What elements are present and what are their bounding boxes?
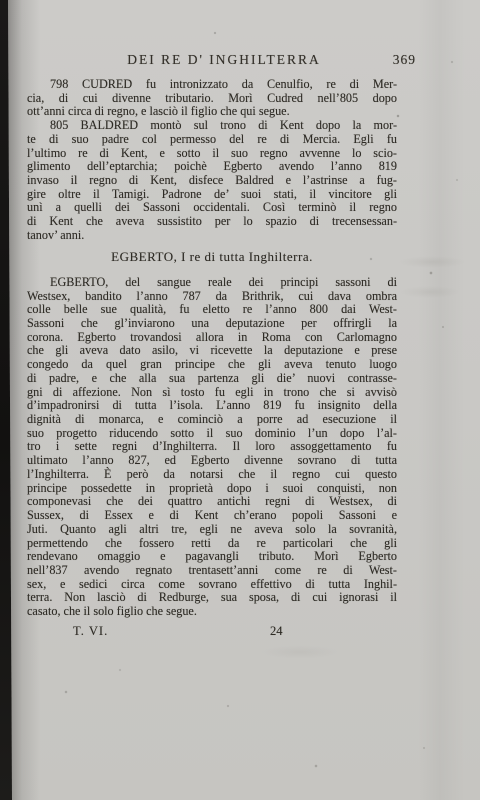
text-line: ultimato l’anno 827, ed Egberto divenne … bbox=[27, 454, 397, 468]
text-line: Westsex, bandito l’anno 787 da Brithrik,… bbox=[27, 290, 397, 304]
text-line: EGBERTO, del sangue reale dei principi s… bbox=[27, 276, 397, 290]
text-line: ott’anni circa di regno, e lasciò il fig… bbox=[27, 105, 397, 119]
scanned-book-page: DEI RE D' INGHILTERRA 369 798 CUDRED fu … bbox=[0, 0, 480, 800]
text-line: 805 BALDRED montò sul trono di Kent dopo… bbox=[27, 119, 397, 133]
text-line: corona. Egberto trovandosi allora in Rom… bbox=[27, 331, 397, 345]
text-line: l’Inghilterra. È però da notarsi che il … bbox=[27, 468, 397, 482]
text-line: l’ultimo re di Kent, e sotto il suo regn… bbox=[27, 147, 397, 161]
text-line: cia, di cui divenne tributario. Morì Cud… bbox=[27, 92, 397, 106]
text-line: terra. Non lasciò di Redburge, sua sposa… bbox=[27, 591, 397, 605]
text-line: tanov’ anni. bbox=[27, 229, 397, 243]
text-line: Juti. Quanto agli altri tre, egli ne ave… bbox=[27, 523, 397, 537]
page-header-title: DEI RE D' INGHILTERRA bbox=[127, 52, 321, 68]
text-block: 798 CUDRED fu intronizzato da Cenulfio, … bbox=[27, 78, 397, 619]
text-line: congedo da quel gran principe che gli av… bbox=[27, 358, 397, 372]
text-line: unì a quelli dei Sassoni occidentali. Co… bbox=[27, 201, 397, 215]
paragraph: EGBERTO, del sangue reale dei principi s… bbox=[27, 276, 397, 619]
text-line: Sussex, di Essex e di Kent ch’erano popo… bbox=[27, 509, 397, 523]
paragraph: 805 BALDRED montò sul trono di Kent dopo… bbox=[27, 119, 397, 242]
text-line: nell’837 avendo regnato trentasett’anni … bbox=[27, 564, 397, 578]
text-line: permettendo che fossero retti da re part… bbox=[27, 537, 397, 551]
text-line: invaso il regno di Kent, disfece Baldred… bbox=[27, 174, 397, 188]
text-line: di padre, e che alla sua partenza gli di… bbox=[27, 372, 397, 386]
text-line: glimento dell’eptarchia; poichè Egberto … bbox=[27, 160, 397, 174]
text-line: principe possedette in proprietà dopo i … bbox=[27, 482, 397, 496]
volume-label: T. VI. bbox=[73, 624, 108, 639]
text-line: colle belle sue qualità, fu eletto re l’… bbox=[27, 303, 397, 317]
text-line: Sassoni che gl’inviarono una deputazione… bbox=[27, 317, 397, 331]
text-line: casato, che il solo figlio che segue. bbox=[27, 605, 397, 619]
paper-sheet: DEI RE D' INGHILTERRA 369 798 CUDRED fu … bbox=[0, 0, 480, 800]
text-line: dignità di monarca, e cominciò a porre a… bbox=[27, 413, 397, 427]
text-line: gni di affezione. Non sì tosto fu egli i… bbox=[27, 386, 397, 400]
section-heading: EGBERTO, I re di tutta Inghilterra. bbox=[27, 250, 397, 264]
text-line: 798 CUDRED fu intronizzato da Cenulfio, … bbox=[27, 78, 397, 92]
paragraph: 798 CUDRED fu intronizzato da Cenulfio, … bbox=[27, 78, 397, 119]
running-head: DEI RE D' INGHILTERRA 369 bbox=[27, 52, 397, 68]
signature-mark: 24 bbox=[270, 624, 283, 639]
page-footer: T. VI. 24 bbox=[27, 624, 397, 640]
text-line: rendevano omaggio e pagavangli tributo. … bbox=[27, 550, 397, 564]
text-line: componevasi che dei quattro antichi regn… bbox=[27, 495, 397, 509]
text-line: suo progetto riducendo sotto il suo domi… bbox=[27, 427, 397, 441]
text-line: che gli aveva dato asilo, vi ricevette l… bbox=[27, 344, 397, 358]
text-line: d’impadronirsi di tutta l’isola. L’anno … bbox=[27, 399, 397, 413]
text-line: te di suo padre col permesso del re di M… bbox=[27, 133, 397, 147]
text-line: tro i sette regni d’Inghilterra. Il loro… bbox=[27, 440, 397, 454]
page-number: 369 bbox=[393, 52, 416, 68]
text-line: gire oltre il Tamigi. Padrone de’ suoi s… bbox=[27, 188, 397, 202]
text-line: sex, e sedici circa come sovrano effetti… bbox=[27, 578, 397, 592]
text-line: di Kent che aveva sussistito per lo spaz… bbox=[27, 215, 397, 229]
